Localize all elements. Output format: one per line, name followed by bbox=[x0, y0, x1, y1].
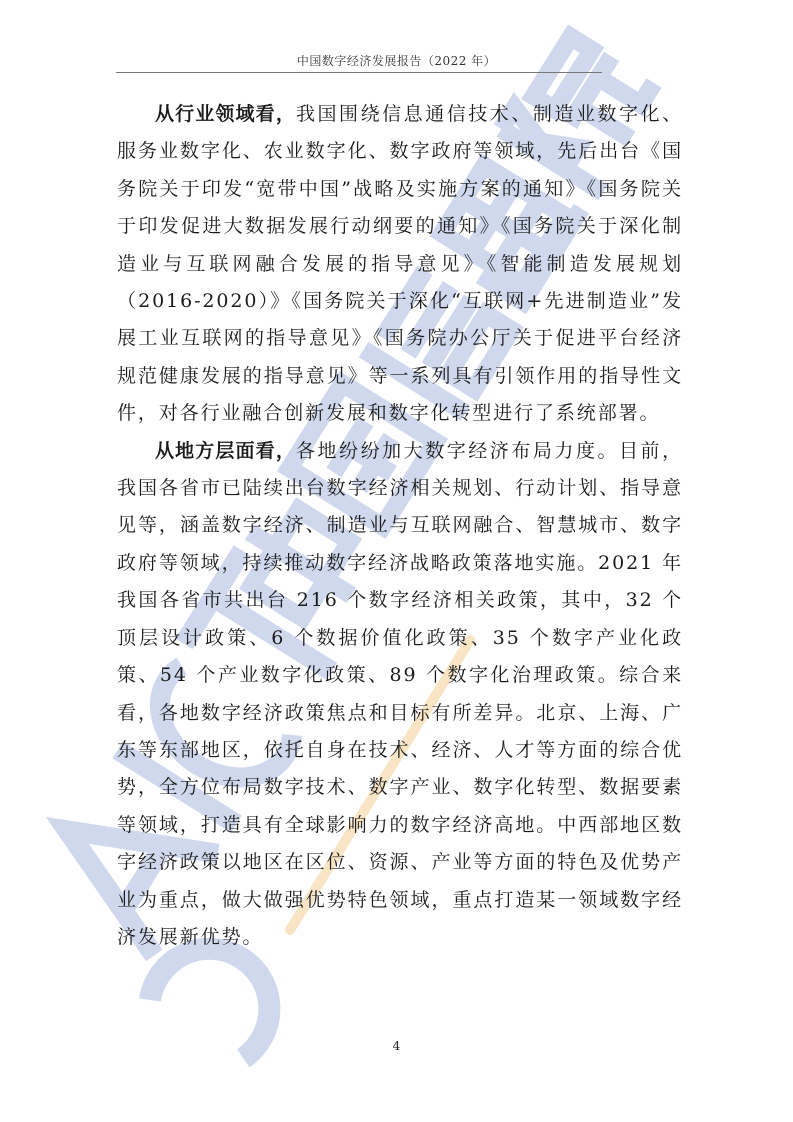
page-number: 4 bbox=[0, 1039, 793, 1053]
paragraph-body-local: 各地纷纷加大数字经济布局力度。目前，我国各省市已陆续出台数字经济相关规划、行动计… bbox=[117, 440, 683, 948]
paragraph-body-industry: 我国围绕信息通信技术、制造业数字化、服务业数字化、农业数字化、数字政府等领域，先… bbox=[117, 103, 683, 424]
header-divider bbox=[116, 72, 602, 73]
paragraph-industry: 从行业领域看，我国围绕信息通信技术、制造业数字化、服务业数字化、农业数字化、数字… bbox=[117, 96, 683, 433]
document-page: 中国数字经济发展报告（2022 年） 从行业领域看，我国围绕信息通信技术、制造业… bbox=[0, 0, 793, 1122]
paragraph-lead-industry: 从行业领域看， bbox=[155, 103, 296, 125]
body-text: 从行业领域看，我国围绕信息通信技术、制造业数字化、服务业数字化、农业数字化、数字… bbox=[117, 96, 683, 956]
paragraph-lead-local: 从地方层面看， bbox=[155, 440, 296, 462]
paragraph-local: 从地方层面看，各地纷纷加大数字经济布局力度。目前，我国各省市已陆续出台数字经济相… bbox=[117, 433, 683, 957]
running-header: 中国数字经济发展报告（2022 年） bbox=[0, 52, 793, 69]
